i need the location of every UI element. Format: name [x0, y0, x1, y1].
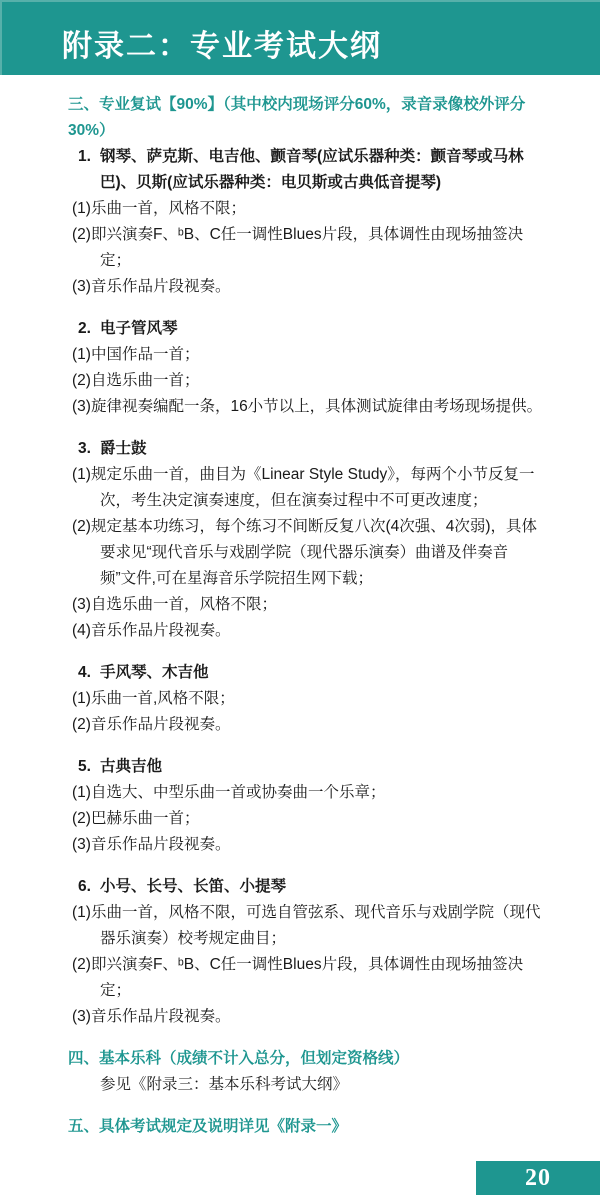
item-point: (2)巴赫乐曲一首； [68, 806, 544, 832]
item-title-text: 小号、长号、长笛、小提琴 [100, 878, 286, 895]
list-item: 1.钢琴、萨克斯、电吉他、颤音琴(应试乐器种类：颤音琴或马林巴)、贝斯(应试乐器… [68, 144, 544, 300]
list-item: 4.手风琴、木吉他(1)乐曲一首,风格不限；(2)音乐作品片段视奏。 [68, 660, 544, 738]
item-point: (1)规定乐曲一首，曲目为《Linear Style Study》，每两个小节反… [68, 462, 544, 514]
item-title-text: 电子管风琴 [100, 320, 178, 337]
item-point: (2)规定基本功练习，每个练习不间断反复八次(4次强、4次弱)，具体要求见“现代… [68, 514, 544, 592]
item-title-text: 钢琴、萨克斯、电吉他、颤音琴(应试乐器种类：颤音琴或马林巴)、贝斯(应试乐器种类… [100, 148, 524, 191]
item-point: (1)乐曲一首，风格不限，可选自管弦系、现代音乐与戏剧学院（现代器乐演奏）校考规… [68, 900, 544, 952]
item-number: 2. [78, 316, 91, 342]
item-point: (2)音乐作品片段视奏。 [68, 712, 544, 738]
section-body: 参见《附录三：基本乐科考试大纲》 [68, 1072, 544, 1098]
item-point: (3)音乐作品片段视奏。 [68, 832, 544, 858]
list-item: 6.小号、长号、长笛、小提琴(1)乐曲一首，风格不限，可选自管弦系、现代音乐与戏… [68, 874, 544, 1030]
document-page: 附录二：专业考试大纲 三、专业复试【90%】（其中校内现场评分60%，录音录像校… [0, 0, 600, 1195]
section-3: 五、具体考试规定及说明详见《附录一》 [68, 1114, 544, 1140]
item-title: 1.钢琴、萨克斯、电吉他、颤音琴(应试乐器种类：颤音琴或马林巴)、贝斯(应试乐器… [68, 144, 544, 196]
list-item: 3.爵士鼓(1)规定乐曲一首，曲目为《Linear Style Study》，每… [68, 436, 544, 644]
list-item: 2.电子管风琴(1)中国作品一首；(2)自选乐曲一首；(3)旋律视奏编配一条，1… [68, 316, 544, 420]
item-point: (1)自选大、中型乐曲一首或协奏曲一个乐章； [68, 780, 544, 806]
item-point: (2)即兴演奏F、ᵇB、C任一调性Blues片段，具体调性由现场抽签决定； [68, 952, 544, 1004]
section-heading: 四、基本乐科（成绩不计入总分，但划定资格线） [68, 1046, 544, 1072]
page-header: 附录二：专业考试大纲 [0, 0, 600, 75]
page-number: 20 [525, 1165, 551, 1192]
item-title: 3.爵士鼓 [68, 436, 544, 462]
item-number: 3. [78, 436, 91, 462]
item-point: (1)乐曲一首,风格不限； [68, 686, 544, 712]
item-title-text: 古典吉他 [100, 758, 162, 775]
page-number-block: 20 [476, 1161, 600, 1195]
section-heading: 三、专业复试【90%】（其中校内现场评分60%，录音录像校外评分30%） [68, 92, 544, 144]
list-item: 5.古典吉他(1)自选大、中型乐曲一首或协奏曲一个乐章；(2)巴赫乐曲一首；(3… [68, 754, 544, 858]
item-title: 5.古典吉他 [68, 754, 544, 780]
item-point: (1)中国作品一首； [68, 342, 544, 368]
item-title: 4.手风琴、木吉他 [68, 660, 544, 686]
item-point: (2)自选乐曲一首； [68, 368, 544, 394]
item-point: (3)自选乐曲一首，风格不限； [68, 592, 544, 618]
section-heading: 五、具体考试规定及说明详见《附录一》 [68, 1114, 544, 1140]
item-title: 2.电子管风琴 [68, 316, 544, 342]
page-title: 附录二：专业考试大纲 [2, 13, 382, 65]
item-point: (3)音乐作品片段视奏。 [68, 1004, 544, 1030]
item-point: (2)即兴演奏F、ᵇB、C任一调性Blues片段，具体调性由现场抽签决定； [68, 222, 544, 274]
item-number: 6. [78, 874, 91, 900]
section-1: 三、专业复试【90%】（其中校内现场评分60%，录音录像校外评分30%）1.钢琴… [68, 92, 544, 1030]
item-title: 6.小号、长号、长笛、小提琴 [68, 874, 544, 900]
item-title-text: 爵士鼓 [100, 440, 147, 457]
item-point: (4)音乐作品片段视奏。 [68, 618, 544, 644]
item-point: (1)乐曲一首，风格不限； [68, 196, 544, 222]
item-number: 1. [78, 144, 91, 170]
item-point: (3)旋律视奏编配一条，16小节以上，具体测试旋律由考场现场提供。 [68, 394, 544, 420]
section-2: 四、基本乐科（成绩不计入总分，但划定资格线）参见《附录三：基本乐科考试大纲》 [68, 1046, 544, 1098]
item-title-text: 手风琴、木吉他 [100, 664, 209, 681]
item-point: (3)音乐作品片段视奏。 [68, 274, 544, 300]
item-number: 4. [78, 660, 91, 686]
item-number: 5. [78, 754, 91, 780]
document-body: 三、专业复试【90%】（其中校内现场评分60%，录音录像校外评分30%）1.钢琴… [68, 92, 544, 1140]
